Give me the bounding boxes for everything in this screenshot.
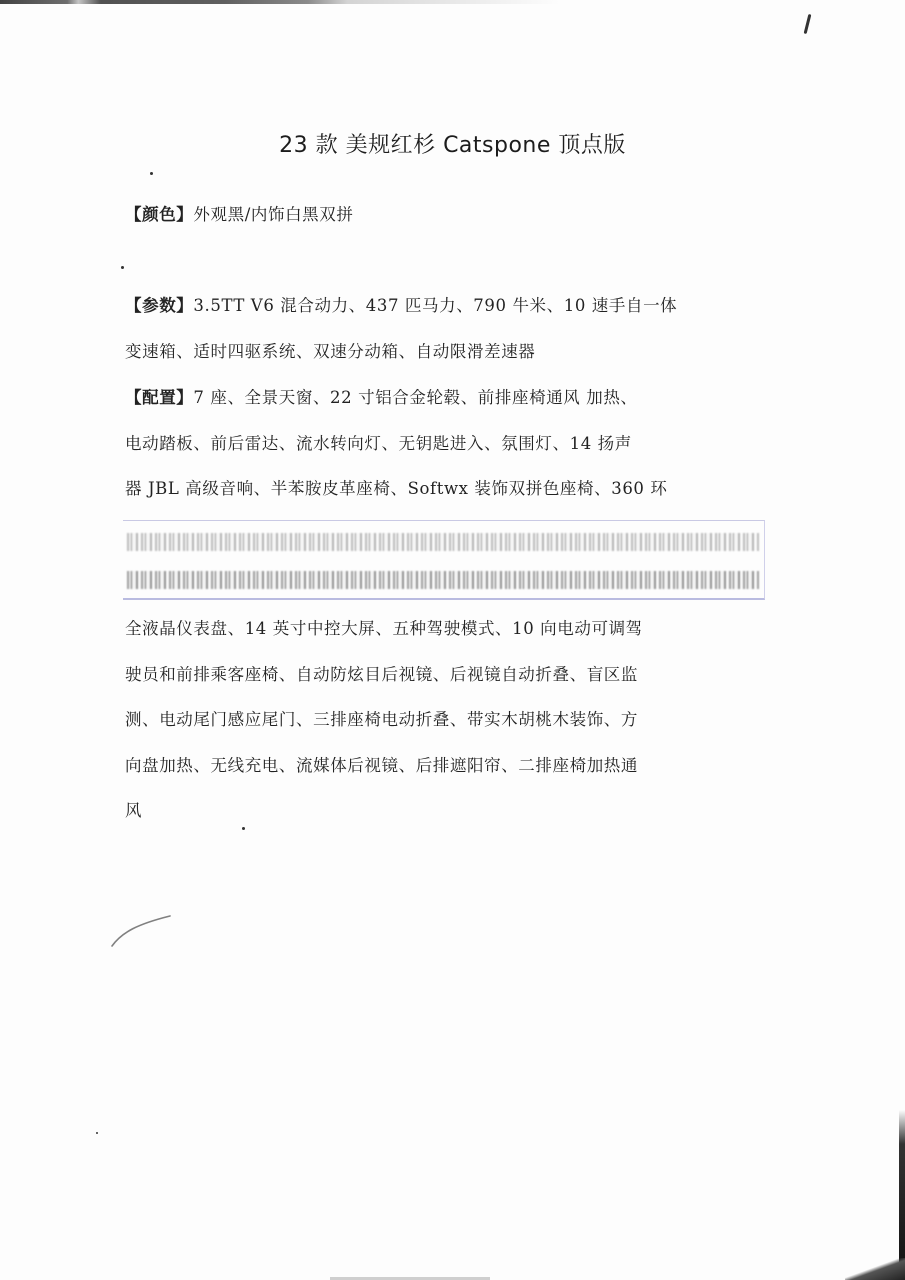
text-line: 电动踏板、前后雷达、流水转向灯、无钥匙进入、氛围灯、14 扬声 [125, 421, 765, 467]
section-configuration-continued: 全液晶仪表盘、14 英寸中控大屏、五种驾驶模式、10 向电动可调驾 驶员和前排乘… [125, 606, 765, 834]
section-label: 【颜色】 [125, 205, 193, 224]
section-label: 【参数】 [125, 296, 193, 315]
text-line: 风 [125, 788, 765, 834]
text-line: 【参数】3.5TT V6 混合动力、437 匹马力、790 牛米、10 速手自一… [125, 283, 765, 329]
document-title: 23 款 美规红杉 Catspone 顶点版 [0, 128, 905, 159]
text-line: 器 JBL 高级音响、半苯胺皮革座椅、Softwx 装饰双拼色座椅、360 环 [125, 466, 765, 512]
scanned-page: 23 款 美规红杉 Catspone 顶点版 【颜色】外观黑/内饰白黑双拼 【参… [0, 0, 905, 1280]
page-number-mark [804, 14, 812, 34]
text-line: 【配置】7 座、全景天窗、22 寸铝合金轮毂、前排座椅通风 加热、 [125, 375, 765, 421]
section-parameters: 【参数】3.5TT V6 混合动力、437 匹马力、790 牛米、10 速手自一… [125, 283, 765, 374]
scan-speck [96, 1132, 98, 1134]
redacted-text-block [123, 520, 765, 600]
section-label: 【配置】 [125, 388, 193, 407]
text-line: 变速箱、适时四驱系统、双速分动箱、自动限滑差速器 [125, 329, 765, 375]
scan-right-edge-shadow [899, 1110, 905, 1280]
text-line: 全液晶仪表盘、14 英寸中控大屏、五种驾驶模式、10 向电动可调驾 [125, 606, 765, 652]
text-line: 向盘加热、无线充电、流媒体后视镜、后排遮阳帘、二排座椅加热通 [125, 743, 765, 789]
scan-top-edge-shadow [0, 0, 560, 4]
pen-stroke-mark [108, 910, 178, 950]
text-line: 驶员和前排乘客座椅、自动防炫目后视镜、后视镜自动折叠、盲区监 [125, 652, 765, 698]
text-line: 测、电动尾门感应尾门、三排座椅电动折叠、带实木胡桃木装饰、方 [125, 697, 765, 743]
section-configuration: 【配置】7 座、全景天窗、22 寸铝合金轮毂、前排座椅通风 加热、 电动踏板、前… [125, 375, 765, 512]
section-color: 【颜色】外观黑/内饰白黑双拼 [125, 192, 765, 238]
scan-corner-shadow [845, 1258, 905, 1280]
obscured-line [127, 533, 759, 551]
scan-speck [121, 266, 124, 269]
scan-speck [150, 172, 153, 175]
section-text: 外观黑/内饰白黑双拼 [193, 205, 353, 224]
obscured-line [127, 571, 759, 589]
